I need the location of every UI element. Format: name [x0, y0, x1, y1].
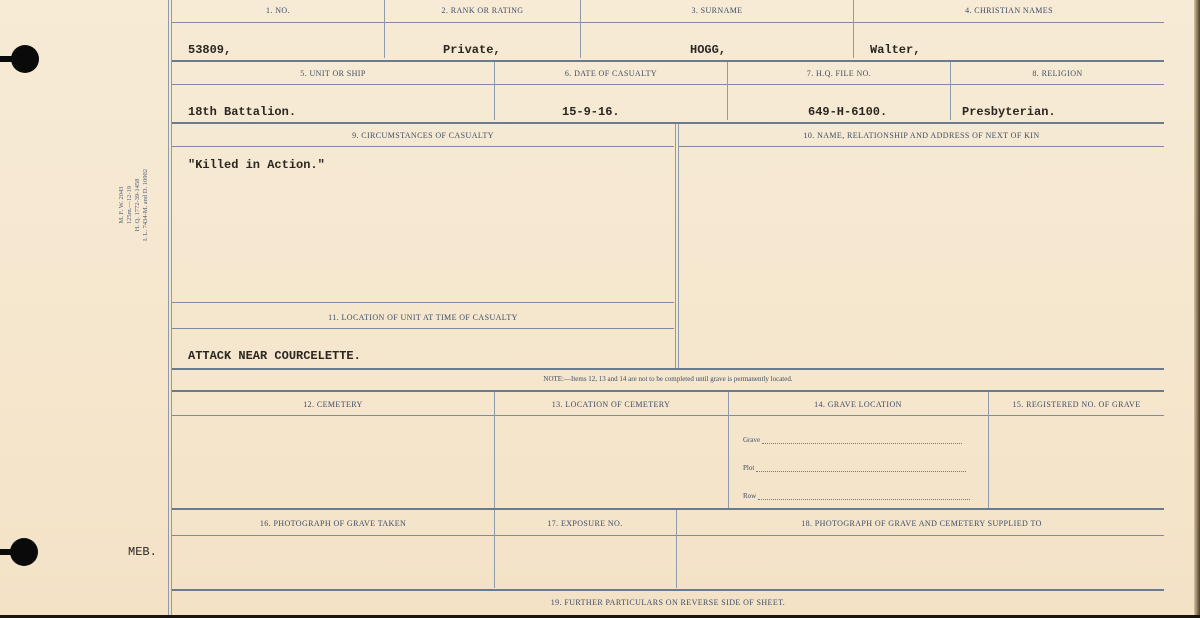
label-surname: 3. Surname — [581, 6, 853, 15]
print-code-line: 125m.—12-19 — [126, 155, 134, 255]
column-divider — [494, 62, 495, 120]
column-divider — [494, 510, 495, 588]
label-exposure-no: 17. Exposure No. — [495, 519, 675, 528]
column-divider — [384, 0, 385, 58]
label-hq-file: 7. H.Q. File No. — [728, 69, 950, 78]
label-photo-taken: 16. Photograph of Grave Taken — [172, 519, 494, 528]
value-rank: Private, — [443, 43, 501, 57]
punch-hole-top — [11, 45, 39, 73]
value-surname: HOGG, — [690, 43, 726, 57]
label-cemetery: 12. Cemetery — [172, 400, 494, 409]
row-field: Row — [743, 492, 970, 500]
form-print-code: M. F. W. 2043 125m.—12-19 H. Q. 1772-39-… — [118, 155, 178, 255]
column-divider — [988, 392, 989, 508]
rule — [172, 508, 1164, 510]
row-label: Row — [743, 492, 756, 500]
value-location-unit: ATTACK NEAR COURCELETTE. — [188, 349, 361, 363]
rule — [172, 302, 674, 303]
rule — [172, 328, 674, 329]
rule — [172, 122, 1164, 124]
label-grave-location: 14. Grave Location — [728, 400, 988, 409]
print-code-line: M. F. W. 2043 — [118, 155, 126, 255]
rule — [172, 60, 1164, 62]
label-photo-supplied: 18. Photograph of Grave and Cemetery Sup… — [679, 519, 1164, 528]
row-blank — [758, 493, 970, 500]
punch-hole-bottom — [10, 538, 38, 566]
rule — [172, 589, 1164, 591]
column-divider — [494, 392, 495, 508]
rule — [172, 146, 674, 147]
value-no: 53809, — [188, 43, 231, 57]
label-christian-names: 4. Christian Names — [854, 6, 1164, 15]
plot-blank — [756, 465, 966, 472]
left-border — [168, 0, 169, 618]
value-unit: 18th Battalion. — [188, 105, 296, 119]
rule — [172, 390, 1164, 392]
column-divider — [728, 392, 729, 508]
column-divider — [727, 62, 728, 120]
label-unit: 5. Unit or Ship — [172, 69, 494, 78]
column-divider — [675, 124, 676, 368]
column-divider — [580, 0, 581, 58]
plot-field: Plot — [743, 464, 966, 472]
column-divider — [678, 124, 679, 368]
grave-label: Grave — [743, 436, 760, 444]
grave-field: Grave — [743, 436, 962, 444]
rule — [172, 22, 1164, 23]
grave-blank — [762, 437, 962, 444]
label-circumstances: 9. Circumstances of Casualty — [172, 131, 674, 140]
label-rank: 2. Rank or Rating — [385, 6, 580, 15]
label-date: 6. Date of Casualty — [495, 69, 727, 78]
casualty-card: M. F. W. 2043 125m.—12-19 H. Q. 1772-39-… — [0, 0, 1200, 618]
label-registered-no: 15. Registered No. of Grave — [989, 400, 1164, 409]
label-religion: 8. Religion — [951, 69, 1164, 78]
note-text: NOTE:—Items 12, 13 and 14 are not to be … — [172, 375, 1164, 383]
clerk-initials: MEB. — [128, 545, 157, 559]
column-divider — [676, 510, 677, 588]
rule — [172, 84, 1164, 85]
value-circumstances: "Killed in Action." — [188, 158, 325, 172]
rule — [679, 146, 1164, 147]
rule — [172, 415, 1164, 416]
rule — [172, 368, 1164, 370]
column-divider — [853, 0, 854, 58]
label-location-unit: 11. Location of Unit at Time of Casualty — [172, 313, 674, 322]
label-further-particulars: 19. Further Particulars on Reverse Side … — [172, 598, 1164, 607]
sheet-edge-shadow — [1194, 0, 1200, 618]
print-code-line: I. L. 7434-M. and D. 10902 — [142, 155, 150, 255]
rule — [172, 535, 1164, 536]
value-christian-names: Walter, — [870, 43, 920, 57]
value-hq-file: 649-H-6100. — [808, 105, 887, 119]
label-location-cemetery: 13. Location of Cemetery — [495, 400, 727, 409]
label-next-of-kin: 10. Name, Relationship and Address of Ne… — [679, 131, 1164, 140]
value-religion: Presbyterian. — [962, 105, 1056, 119]
value-date: 15-9-16. — [562, 105, 620, 119]
column-divider — [950, 62, 951, 120]
print-code-line: H. Q. 1772-39-1458 — [134, 155, 142, 255]
plot-label: Plot — [743, 464, 754, 472]
label-no: 1. No. — [172, 6, 384, 15]
